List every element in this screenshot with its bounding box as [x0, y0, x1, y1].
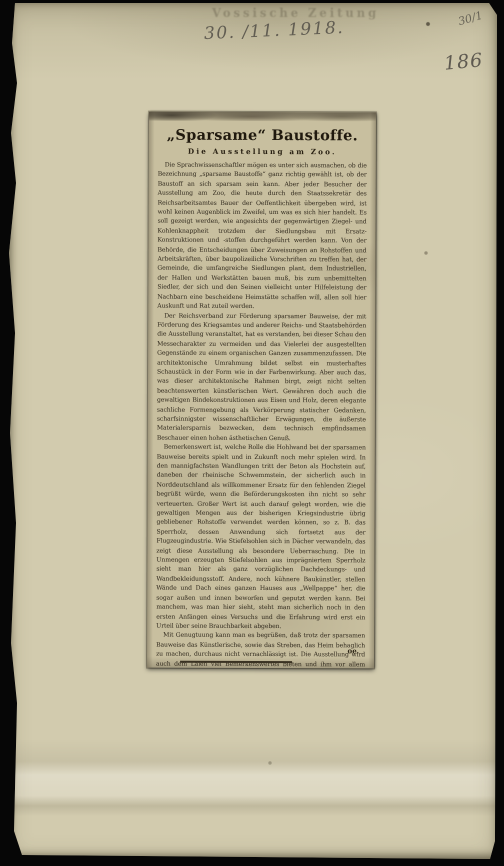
article-end-rule	[180, 661, 292, 663]
article-body: Die Sprachwissenschaftler mögen es unter…	[147, 161, 376, 669]
article-paragraph: Der Reichsverband zur Förderung sparsame…	[157, 311, 366, 443]
clipping-cut-edge	[149, 112, 376, 122]
scanned-archive-page: Vossische Zeitung 30. /11. 1918. 30/1 18…	[0, 0, 504, 866]
handwritten-date: 30. /11. 1918.	[204, 18, 345, 44]
article-signature: oe.	[348, 646, 360, 655]
handwritten-corner-number: 30/1	[457, 9, 484, 28]
article-title: „Sparsame“ Baustoffe.	[153, 127, 372, 145]
article-paragraph: Bemerkenswert ist, welche Rolle die Hohl…	[156, 443, 366, 632]
article-paragraph: Die Sprachwissenschaftler mögen es unter…	[157, 161, 367, 312]
newspaper-clipping: „Sparsame“ Baustoffe. Die Ausstellung am…	[147, 112, 376, 669]
article-subtitle: Die Ausstellung am Zoo.	[149, 147, 376, 157]
handwritten-page-number: 186	[443, 49, 484, 74]
